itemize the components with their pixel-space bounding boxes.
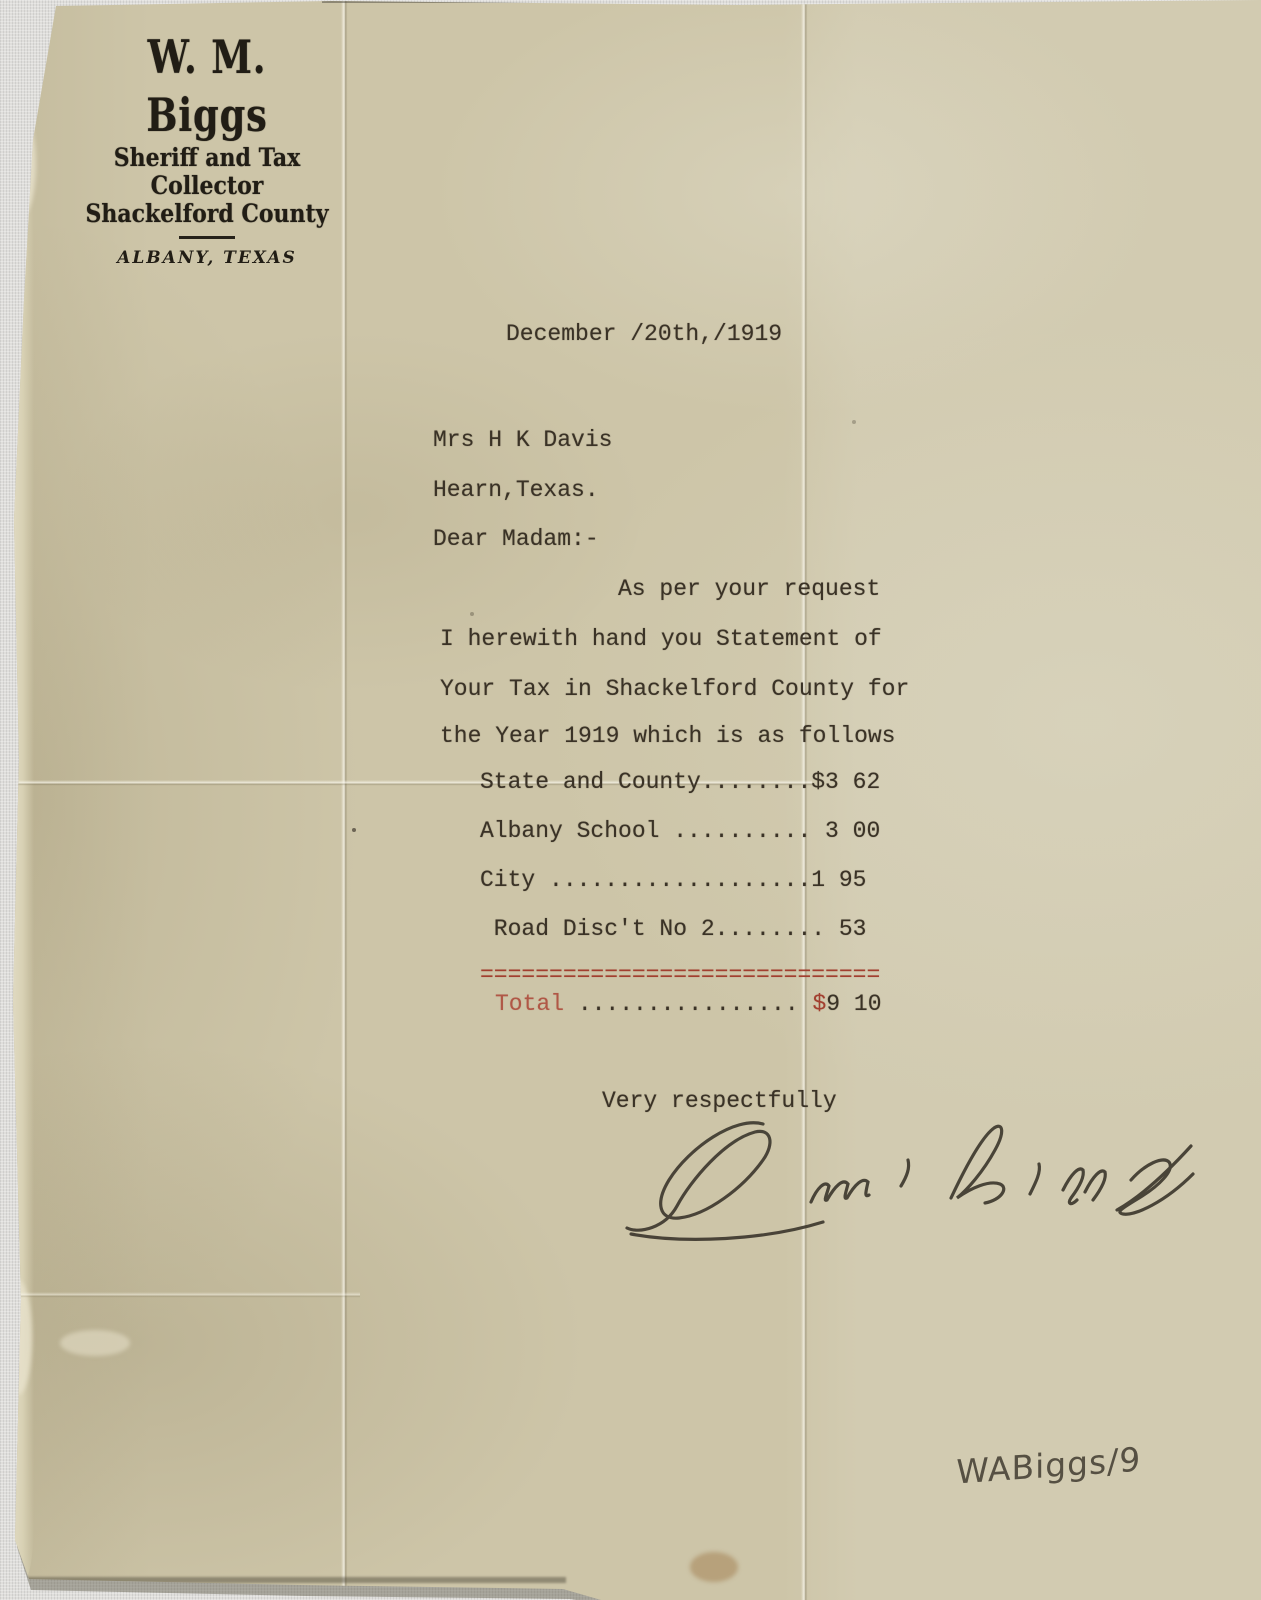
- tax-row-city: City ...................1 95: [480, 865, 866, 895]
- body-line: As per your request: [618, 574, 880, 604]
- recipient-name: Mrs H K Davis: [433, 425, 612, 455]
- body-line: the Year 1919 which is as follows: [440, 721, 895, 751]
- ink-speck: [470, 612, 474, 616]
- scanned-letter-photo: W. M. Biggs Sheriff and Tax Collector Sh…: [0, 0, 1261, 1600]
- horizontal-fold-crease-lower: [10, 1292, 360, 1299]
- total-leaders: ................: [564, 991, 812, 1017]
- red-separator-line: =============================: [480, 960, 880, 990]
- letterhead-rule: [179, 236, 235, 239]
- top-edge-shadow: [322, 0, 742, 3]
- letterhead-title: Sheriff and Tax Collector: [79, 144, 334, 200]
- paper-crack-mark: [60, 1330, 130, 1356]
- tax-row-state-county: State and County........$3 62: [480, 767, 880, 797]
- letterhead: W. M. Biggs Sheriff and Tax Collector Sh…: [62, 28, 352, 268]
- tax-row-albany-school: Albany School .......... 3 00: [480, 816, 880, 846]
- salutation: Dear Madam:-: [433, 524, 599, 554]
- letterhead-name: W. M. Biggs: [91, 28, 323, 144]
- total-currency: $: [812, 991, 826, 1017]
- date-line: December /20th,/1919: [506, 319, 782, 349]
- letter-paper: W. M. Biggs Sheriff and Tax Collector Sh…: [0, 0, 1261, 1600]
- paper-tear-mark: [6, 112, 36, 217]
- ink-speck: [852, 420, 856, 424]
- pencil-annotation: WABiggs/9: [956, 1439, 1141, 1491]
- body-line: Your Tax in Shackelford County for: [440, 674, 909, 704]
- signature-handwriting: [615, 1102, 1195, 1252]
- total-label: Total: [495, 991, 564, 1017]
- letterhead-county: Shackelford County: [79, 200, 334, 228]
- body-line: I herewith hand you Statement of: [440, 624, 882, 654]
- ink-speck: [352, 828, 356, 832]
- vertical-fold-crease-right: [801, 0, 809, 1600]
- brown-stain: [690, 1552, 738, 1582]
- total-line: Total ................ $9 10: [495, 989, 882, 1019]
- letterhead-city: ALBANY, TEXAS: [62, 248, 352, 268]
- recipient-address: Hearn,Texas.: [433, 475, 599, 505]
- tax-row-road-district: Road Disc't No 2........ 53: [480, 914, 866, 944]
- total-amount: 9 10: [826, 991, 881, 1017]
